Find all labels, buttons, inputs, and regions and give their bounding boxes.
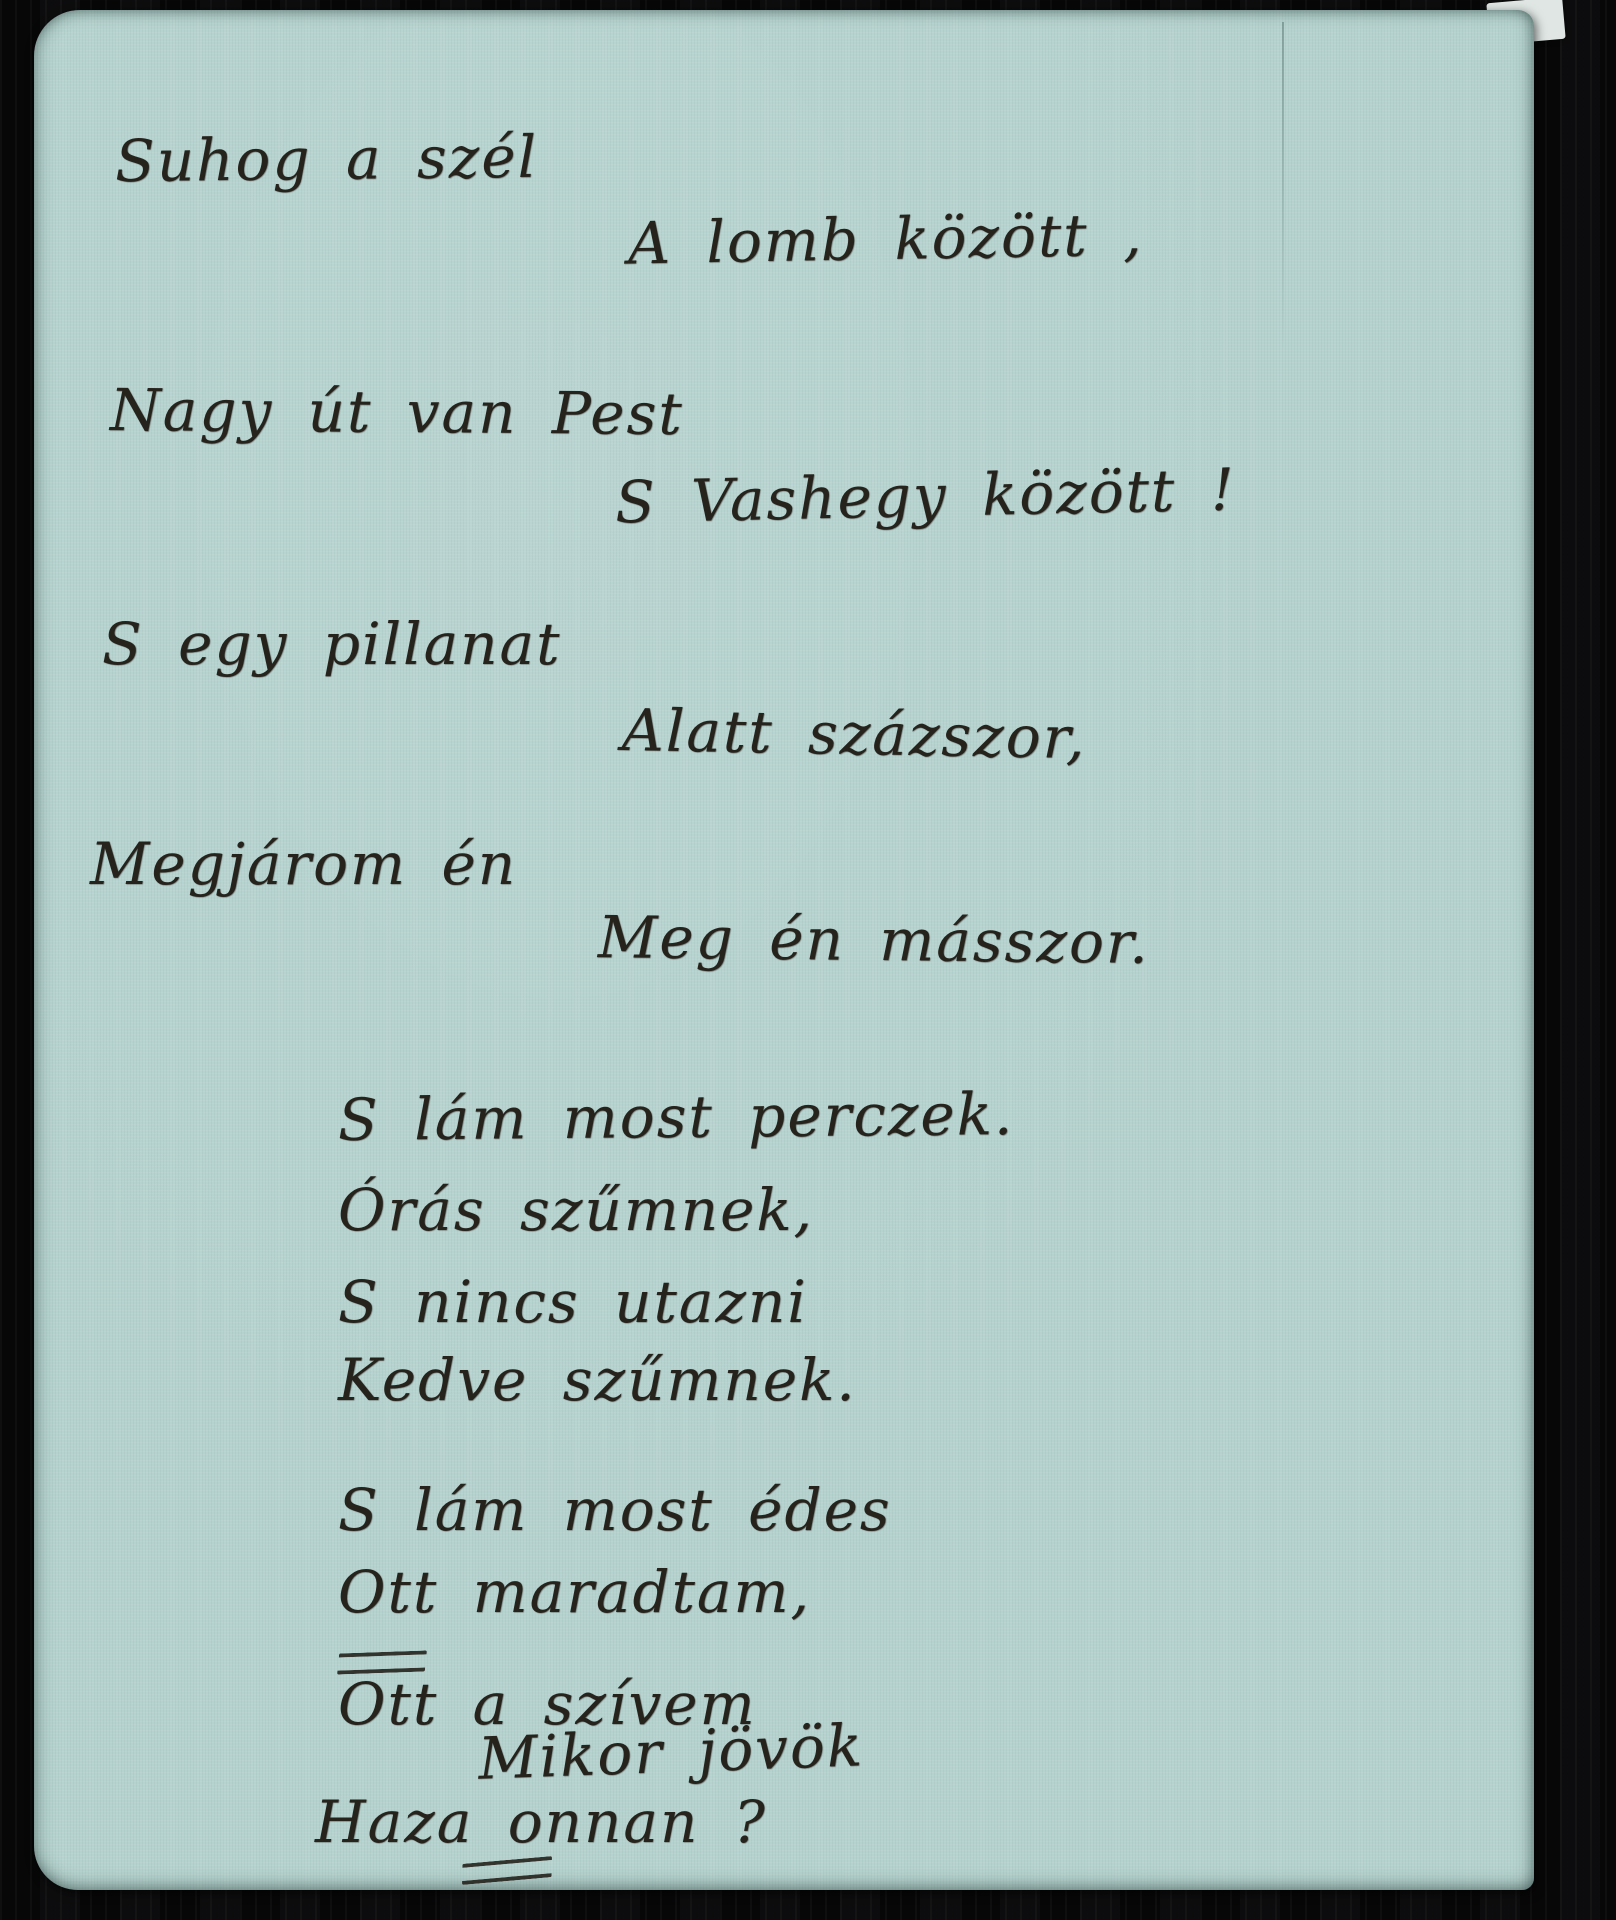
poem-line-3: Nagy út van Pest: [110, 376, 684, 448]
scan-background: { "manuscript": { "paper_color": "#b5d2c…: [0, 0, 1616, 1920]
poem-line-10: Órás szűmnek,: [338, 1176, 814, 1244]
poem-line-6: Alatt százszor,: [621, 696, 1087, 772]
poem-line-1: Suhog a szél: [115, 123, 539, 195]
poem-line-12: Kedve szűmnek.: [338, 1346, 857, 1414]
poem-line-8: Meg én másszor.: [598, 903, 1150, 977]
poem-line-9: S lám most perczek.: [338, 1080, 1015, 1154]
poem-line-7: Megjárom én: [90, 830, 517, 898]
poem-line-2: A lomb között ,: [627, 201, 1143, 278]
poem-text: Suhog a szélA lomb között ,Nagy út van P…: [0, 0, 1616, 1920]
poem-line-5: S egy pillanat: [102, 610, 561, 678]
poem-line-13: S lám most édes: [338, 1476, 892, 1544]
poem-line-16: Mikor jövök: [477, 1711, 865, 1792]
poem-line-11: S nincs utazni: [338, 1268, 808, 1336]
poem-line-14: Ott maradtam,: [338, 1558, 811, 1626]
emphasis-underline-ott: [337, 1650, 427, 1674]
poem-line-17: Haza onnan ?: [315, 1788, 767, 1856]
poem-line-4: S Vashegy között !: [614, 456, 1236, 537]
